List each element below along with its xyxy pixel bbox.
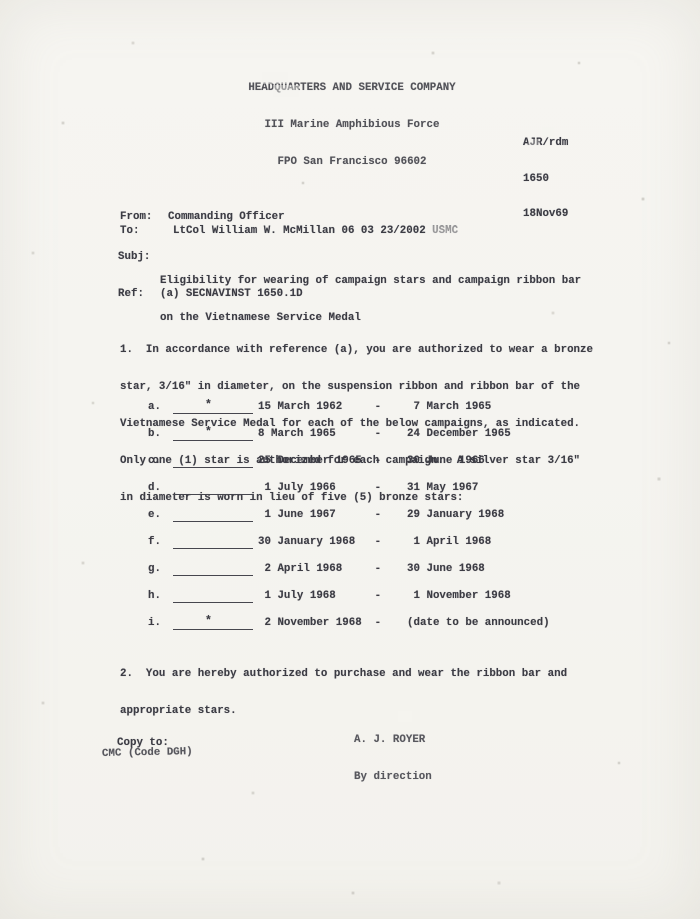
letterhead-address: FPO San Francisco 96602 [2, 156, 700, 169]
campaign-blank-line [173, 575, 253, 576]
campaign-letter: e. [148, 509, 161, 521]
to-value: LtCol William W. McMillan 06 03 23/2002 … [173, 225, 458, 237]
paragraph-2-line: appropriate stars. [120, 705, 567, 718]
campaign-blank-line [173, 548, 253, 549]
letterhead-command: III Marine Amphibious Force [2, 119, 700, 132]
campaign-dates: 1 June 1967 - 29 January 1968 [258, 509, 504, 521]
scanned-memo-page: HEADQUARTERS AND SERVICE COMPANY III Mar… [0, 0, 700, 919]
originator-block: AJR/rdm 1650 18Nov69 [523, 114, 568, 245]
campaign-dates: 8 March 1965 - 24 December 1965 [258, 428, 511, 440]
campaign-row-i: i. * 2 November 1968 - (date to be annou… [0, 617, 700, 644]
from-label: From: [120, 211, 152, 223]
signature-authority: By direction [354, 771, 432, 784]
campaign-row-c: c. 25 December 1965 - 30 June 1966 [0, 455, 700, 482]
signature-name: A. J. ROYER [354, 734, 432, 747]
campaign-dates: 1 July 1966 - 31 May 1967 [258, 482, 478, 494]
paragraph-2: 2. You are hereby authorized to purchase… [120, 644, 567, 742]
campaign-letter: a. [148, 401, 161, 413]
campaign-letter: i. [148, 617, 161, 629]
campaign-blank-line [173, 629, 253, 630]
memo-date: 18Nov69 [523, 209, 568, 221]
signature-block: A. J. ROYER By direction [354, 710, 432, 808]
campaign-letter: f. [148, 536, 161, 548]
campaign-star-mark: * [205, 615, 212, 628]
to-label: To: [120, 225, 139, 237]
campaign-blank-line [173, 494, 253, 495]
campaign-row-f: f. 30 January 1968 - 1 April 1968 [0, 536, 700, 563]
campaign-blank-line [173, 521, 253, 522]
campaign-row-g: g. 2 April 1968 - 30 June 1968 [0, 563, 700, 590]
campaign-blank-line [173, 413, 253, 414]
campaign-star-mark: * [205, 426, 212, 439]
campaign-blank-line [173, 467, 253, 468]
paragraph-1-line: 1. In accordance with reference (a), you… [120, 344, 593, 357]
reference-label: Ref: [118, 288, 144, 300]
paper-speckle-texture [0, 0, 2, 2]
paragraph-1-line: star, 3/16" in diameter, on the suspensi… [120, 381, 593, 394]
subject-label: Subj: [118, 251, 150, 263]
from-value: Commanding Officer [168, 211, 285, 223]
campaign-row-h: h. 1 July 1968 - 1 November 1968 [0, 590, 700, 617]
file-number: 1650 [523, 174, 568, 186]
paragraph-2-line: 2. You are hereby authorized to purchase… [120, 668, 567, 681]
campaign-blank-line [173, 602, 253, 603]
copy-to-value: CMC (Code DGH) [102, 746, 193, 760]
campaign-dates: 2 April 1968 - 30 June 1968 [258, 563, 485, 575]
campaign-letter: d. [148, 482, 161, 494]
campaign-dates: 25 December 1965 - 30 June 1966 [258, 455, 485, 467]
campaign-row-b: b. * 8 March 1965 - 24 December 1965 [0, 428, 700, 455]
campaign-dates: 15 March 1962 - 7 March 1965 [258, 401, 491, 413]
campaign-letter: c. [148, 455, 161, 467]
campaign-dates: 1 July 1968 - 1 November 1968 [258, 590, 511, 602]
campaign-letter: b. [148, 428, 161, 440]
letterhead: HEADQUARTERS AND SERVICE COMPANY III Mar… [2, 58, 700, 192]
campaign-star-mark: * [205, 399, 212, 412]
subject-line-1: Eligibility for wearing of campaign star… [160, 275, 581, 288]
reference-value: (a) SECNAVINST 1650.1D [160, 288, 303, 300]
letterhead-unit: HEADQUARTERS AND SERVICE COMPANY [2, 82, 700, 95]
campaign-row-d: d. 1 July 1966 - 31 May 1967 [0, 482, 700, 509]
campaign-letter: h. [148, 590, 161, 602]
campaign-dates: 2 November 1968 - (date to be announced) [258, 617, 550, 629]
campaign-blank-line [173, 440, 253, 441]
campaign-letter: g. [148, 563, 161, 575]
campaign-row-a: a. * 15 March 1962 - 7 March 1965 [0, 401, 700, 428]
campaign-dates: 30 January 1968 - 1 April 1968 [258, 536, 491, 548]
originator-code: AJR/rdm [523, 138, 568, 150]
campaign-row-e: e. 1 June 1967 - 29 January 1968 [0, 509, 700, 536]
